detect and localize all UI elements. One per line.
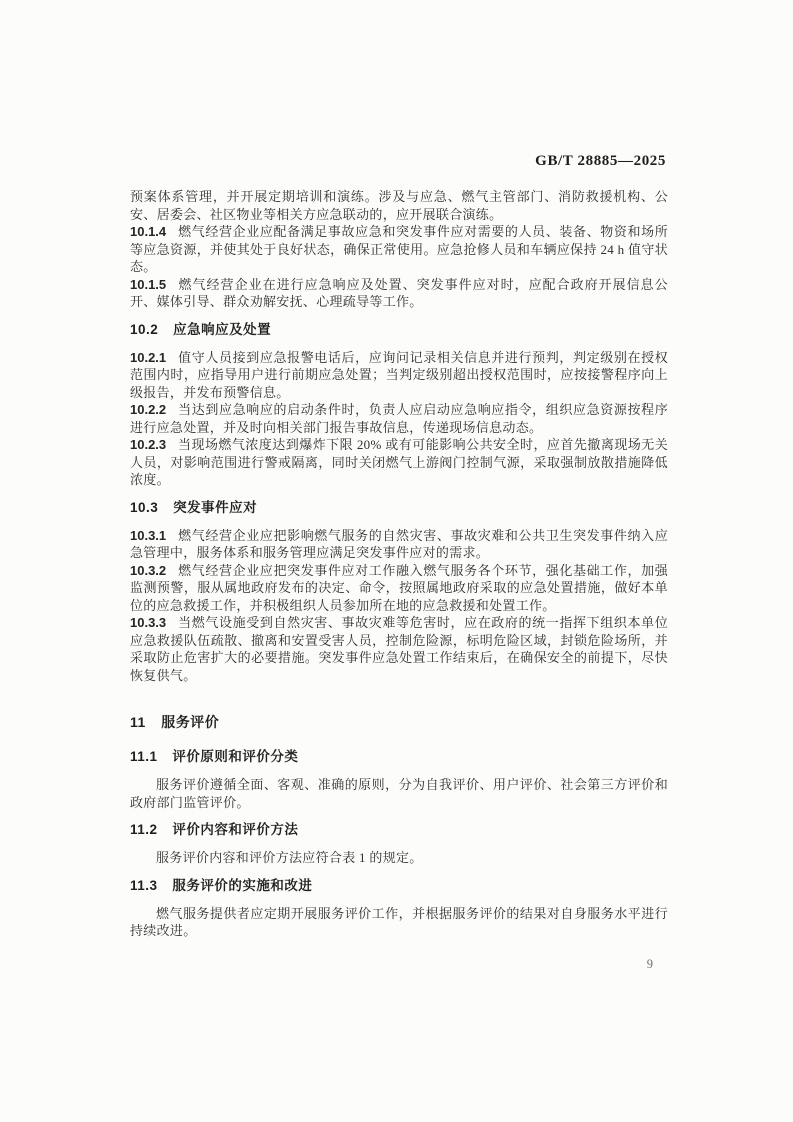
page-number: 9 xyxy=(647,957,653,971)
heading-title: 服务评价 xyxy=(161,714,219,730)
page-footer: 9 xyxy=(647,957,653,972)
heading-title: 评价原则和评价分类 xyxy=(172,749,298,764)
paragraph-continuation: 预案体系管理，并开展定期培训和演练。涉及与应急、燃气主管部门、消防救援机构、公安… xyxy=(130,188,668,223)
heading-11-3: 11.3服务评价的实施和改进 xyxy=(130,877,668,895)
heading-number: 11.3 xyxy=(130,878,172,893)
standard-number: GB/T 28885—2025 xyxy=(535,153,666,169)
clause-number: 10.1.4 xyxy=(130,224,178,239)
clause-text: 燃气经营企业应把突发事件应对工作融入燃气服务各个环节，强化基础工作，加强监测预警… xyxy=(130,563,668,613)
heading-title: 应急响应及处置 xyxy=(173,322,271,337)
clause-10-2-1: 10.2.1值守人员接到应急报警电话后，应询问记录相关信息并进行预判，判定级别在… xyxy=(130,349,668,402)
clause-10-2-3: 10.2.3当现场燃气浓度达到爆炸下限 20% 或有可能影响公共安全时，应首先撤… xyxy=(130,436,668,489)
document-page: GB/T 28885—2025 预案体系管理，并开展定期培训和演练。涉及与应急、… xyxy=(0,0,793,1122)
clause-text: 燃气经营企业应配备满足事故应急和突发事件应对需要的人员、装备、物资和场所等应急资… xyxy=(130,224,668,274)
heading-number: 10.2 xyxy=(130,322,173,337)
heading-11: 11服务评价 xyxy=(130,712,668,732)
clause-text: 值守人员接到应急报警电话后，应询问记录相关信息并进行预判，判定级别在授权范围内时… xyxy=(130,350,668,400)
paragraph-11-1: 服务评价遵循全面、客观、准确的原则，分为自我评价、用户评价、社会第三方评价和政府… xyxy=(130,776,668,811)
paragraph-11-3: 燃气服务提供者应定期开展服务评价工作，并根据服务评价的结果对自身服务水平进行持续… xyxy=(130,905,668,940)
clause-text: 燃气经营企业应把影响燃气服务的自然灾害、事故灾难和公共卫生突发事件纳入应急管理中… xyxy=(130,528,668,561)
heading-11-1: 11.1评价原则和评价分类 xyxy=(130,748,668,766)
clause-text: 当达到应急响应的启动条件时，负责人应启动应急响应指令，组织应急资源按程序进行应急… xyxy=(130,402,668,435)
clause-10-3-3: 10.3.3当燃气设施受到自然灾害、事故灾难等危害时，应在政府的统一指挥下组织本… xyxy=(130,614,668,684)
clause-10-1-4: 10.1.4燃气经营企业应配备满足事故应急和突发事件应对需要的人员、装备、物资和… xyxy=(130,223,668,276)
heading-title: 服务评价的实施和改进 xyxy=(172,878,312,893)
clause-number: 10.3.2 xyxy=(130,563,178,578)
heading-title: 突发事件应对 xyxy=(173,500,257,515)
heading-number: 11 xyxy=(130,714,161,730)
clause-number: 10.1.5 xyxy=(130,277,178,292)
clause-10-1-5: 10.1.5燃气经营企业在进行应急响应及处置、突发事件应对时，应配合政府开展信息… xyxy=(130,276,668,311)
clause-number: 10.2.2 xyxy=(130,402,178,417)
paragraph-11-2: 服务评价内容和评价方法应符合表 1 的规定。 xyxy=(130,849,668,867)
heading-10-3: 10.3突发事件应对 xyxy=(130,499,668,517)
clause-10-2-2: 10.2.2当达到应急响应的启动条件时，负责人应启动应急响应指令，组织应急资源按… xyxy=(130,401,668,436)
clause-number: 10.3.1 xyxy=(130,528,178,543)
page-content: 预案体系管理，并开展定期培训和演练。涉及与应急、燃气主管部门、消防救援机构、公安… xyxy=(130,188,668,940)
clause-10-3-1: 10.3.1燃气经营企业应把影响燃气服务的自然灾害、事故灾难和公共卫生突发事件纳… xyxy=(130,527,668,562)
heading-11-2: 11.2评价内容和评价方法 xyxy=(130,821,668,839)
page-header: GB/T 28885—2025 xyxy=(130,152,666,170)
heading-number: 11.1 xyxy=(130,749,172,764)
heading-10-2: 10.2应急响应及处置 xyxy=(130,321,668,339)
heading-title: 评价内容和评价方法 xyxy=(172,822,298,837)
clause-text: 燃气经营企业在进行应急响应及处置、突发事件应对时，应配合政府开展信息公开、媒体引… xyxy=(130,277,668,310)
clause-10-3-2: 10.3.2燃气经营企业应把突发事件应对工作融入燃气服务各个环节，强化基础工作，… xyxy=(130,562,668,615)
clause-number: 10.2.3 xyxy=(130,437,178,452)
clause-number: 10.2.1 xyxy=(130,350,178,365)
clause-text: 当燃气设施受到自然灾害、事故灾难等危害时，应在政府的统一指挥下组织本单位应急救援… xyxy=(130,615,668,683)
heading-number: 11.2 xyxy=(130,822,172,837)
clause-number: 10.3.3 xyxy=(130,615,178,630)
clause-text: 当现场燃气浓度达到爆炸下限 20% 或有可能影响公共安全时，应首先撤离现场无关人… xyxy=(130,437,668,487)
heading-number: 10.3 xyxy=(130,500,173,515)
